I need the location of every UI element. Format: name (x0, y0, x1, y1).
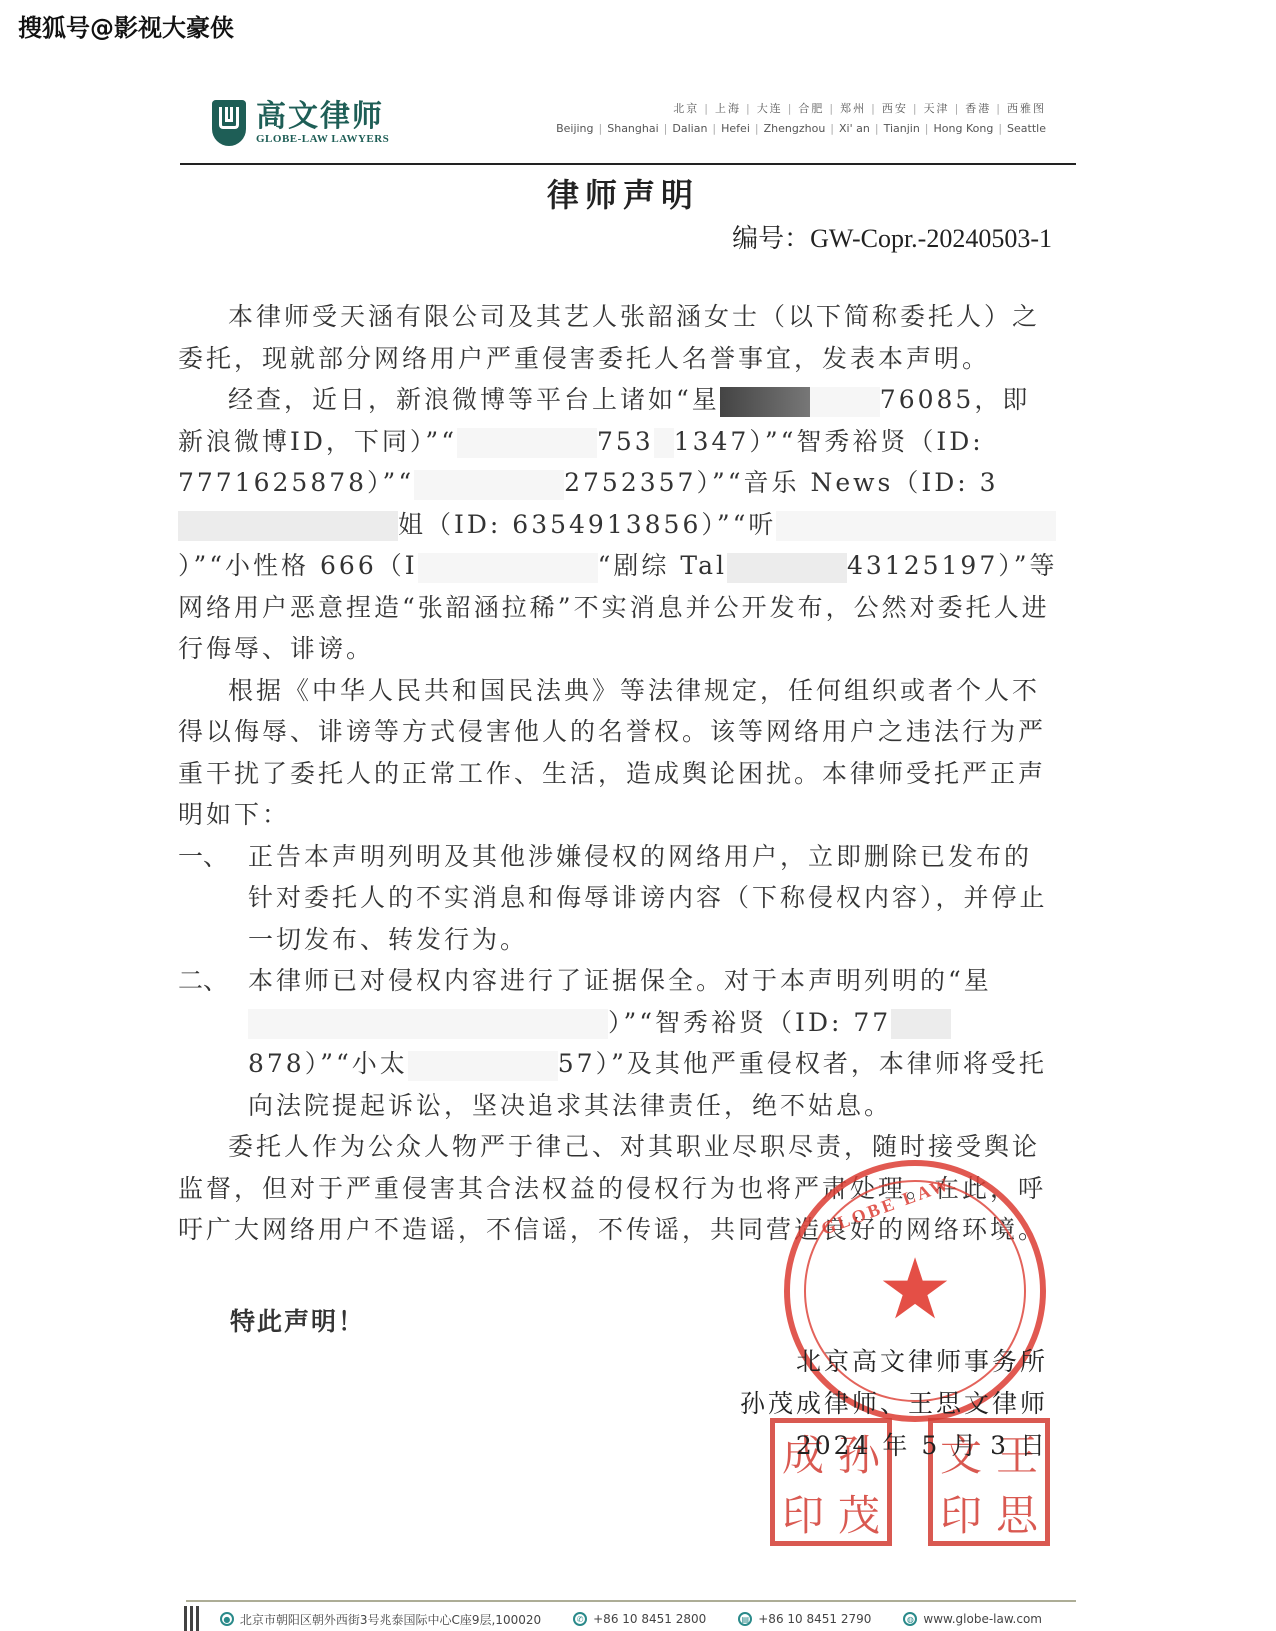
redaction (178, 511, 398, 541)
city-label: 天津 (924, 102, 950, 115)
qr-code-icon (184, 1606, 202, 1631)
redaction (408, 1051, 558, 1081)
city-label: Zhengzhou (764, 122, 826, 135)
paragraph-legal-basis: 根据《中华人民共和国民法典》等法律规定，任何组织或者个人不得以侮辱、诽谤等方式侵… (178, 670, 1058, 836)
redaction (414, 470, 564, 500)
redaction (418, 553, 598, 583)
redaction (891, 1009, 951, 1039)
star-icon: ★ (877, 1240, 952, 1338)
declaration-heading: 特此声明！ (230, 1302, 365, 1338)
city-label: Beijing (556, 122, 593, 135)
city-label: Xi' an (839, 122, 870, 135)
city-label: Hefei (721, 122, 750, 135)
city-label: 大连 (757, 102, 783, 115)
fax-icon: ▤ (738, 1612, 752, 1626)
city-label: 郑州 (840, 102, 866, 115)
city-label: 北京 (673, 102, 699, 115)
city-label: Seattle (1007, 122, 1046, 135)
signature-firm: 北京高文律师事务所 (796, 1342, 1048, 1378)
statement-body: 本律师受天涵有限公司及其艺人张韶涵女士（以下简称委托人）之委托，现就部分网络用户… (178, 296, 1058, 1251)
redaction (654, 428, 674, 458)
city-label: Tianjin (884, 122, 920, 135)
signature-lawyers: 孙茂成律师、王思文律师 (740, 1384, 1048, 1420)
redaction (720, 387, 810, 417)
cities-chinese: 北京|上海|大连|合肥|郑州|西安|天津|香港|西雅图 (556, 100, 1046, 116)
signature-date: 2024 年 5 月 3 日 (796, 1426, 1048, 1462)
firm-seal: GLOBE LAW ★ (784, 1160, 1046, 1422)
document-page: 搜狐号@影视大豪侠 高文律师 GLOBE-LAW LAWYERS 北京|上海|大… (0, 0, 1276, 1631)
logo-english-name: GLOBE-LAW LAWYERS (256, 133, 389, 145)
footer-phone: ✆+86 10 8451 2800 (573, 1612, 706, 1626)
redaction (457, 428, 597, 458)
letterhead-footer: ●北京市朝阳区朝外西街3号兆泰国际中心C座9层,100020 ✆+86 10 8… (184, 1606, 1074, 1631)
source-watermark: 搜狐号@影视大豪侠 (18, 8, 234, 43)
document-title: 律师声明 (0, 170, 1276, 216)
city-label: 上海 (715, 102, 741, 115)
shield-logo-icon (212, 100, 246, 146)
firm-logo: 高文律师 GLOBE-LAW LAWYERS (212, 100, 389, 146)
declaration-item-1: 一、 正告本声明列明及其他涉嫌侵权的网络用户，立即删除已发布的针对委托人的不实消… (178, 836, 1058, 961)
city-label: 西安 (882, 102, 908, 115)
footer-fax: ▤+86 10 8451 2790 (738, 1612, 871, 1626)
redaction (810, 387, 880, 417)
redaction (248, 1009, 608, 1039)
city-label: 西雅图 (1007, 102, 1046, 115)
redaction (776, 511, 1056, 541)
header-divider (180, 163, 1076, 165)
globe-icon: ◍ (903, 1612, 917, 1626)
city-label: 合肥 (798, 102, 824, 115)
declaration-item-2: 二、 本律师已对侵权内容进行了证据保全。对于本声明列明的“星）”“智秀裕贤（ID… (178, 960, 1058, 1126)
cities-english: Beijing|Shanghai|Dalian|Hefei|Zhengzhou|… (556, 122, 1046, 135)
paragraph-intro: 本律师受天涵有限公司及其艺人张韶涵女士（以下简称委托人）之委托，现就部分网络用户… (178, 296, 1058, 379)
footer-address: ●北京市朝阳区朝外西街3号兆泰国际中心C座9层,100020 (220, 1611, 541, 1628)
phone-icon: ✆ (573, 1612, 587, 1626)
city-label: Shanghai (607, 122, 658, 135)
city-label: Hong Kong (934, 122, 994, 135)
paragraph-findings: 经查，近日，新浪微博等平台上诸如“星76085，即新浪微博ID，下同）”“753… (178, 379, 1058, 670)
footer-divider (186, 1600, 1076, 1602)
document-number: 编号：GW-Copr.-20240503-1 (732, 218, 1052, 255)
footer-website[interactable]: ◍www.globe-law.com (903, 1612, 1042, 1626)
city-label: 香港 (965, 102, 991, 115)
logo-chinese-name: 高文律师 (256, 101, 389, 133)
city-label: Dalian (672, 122, 707, 135)
location-pin-icon: ● (220, 1612, 234, 1626)
office-cities: 北京|上海|大连|合肥|郑州|西安|天津|香港|西雅图 Beijing|Shan… (556, 100, 1046, 135)
redaction (727, 553, 847, 583)
